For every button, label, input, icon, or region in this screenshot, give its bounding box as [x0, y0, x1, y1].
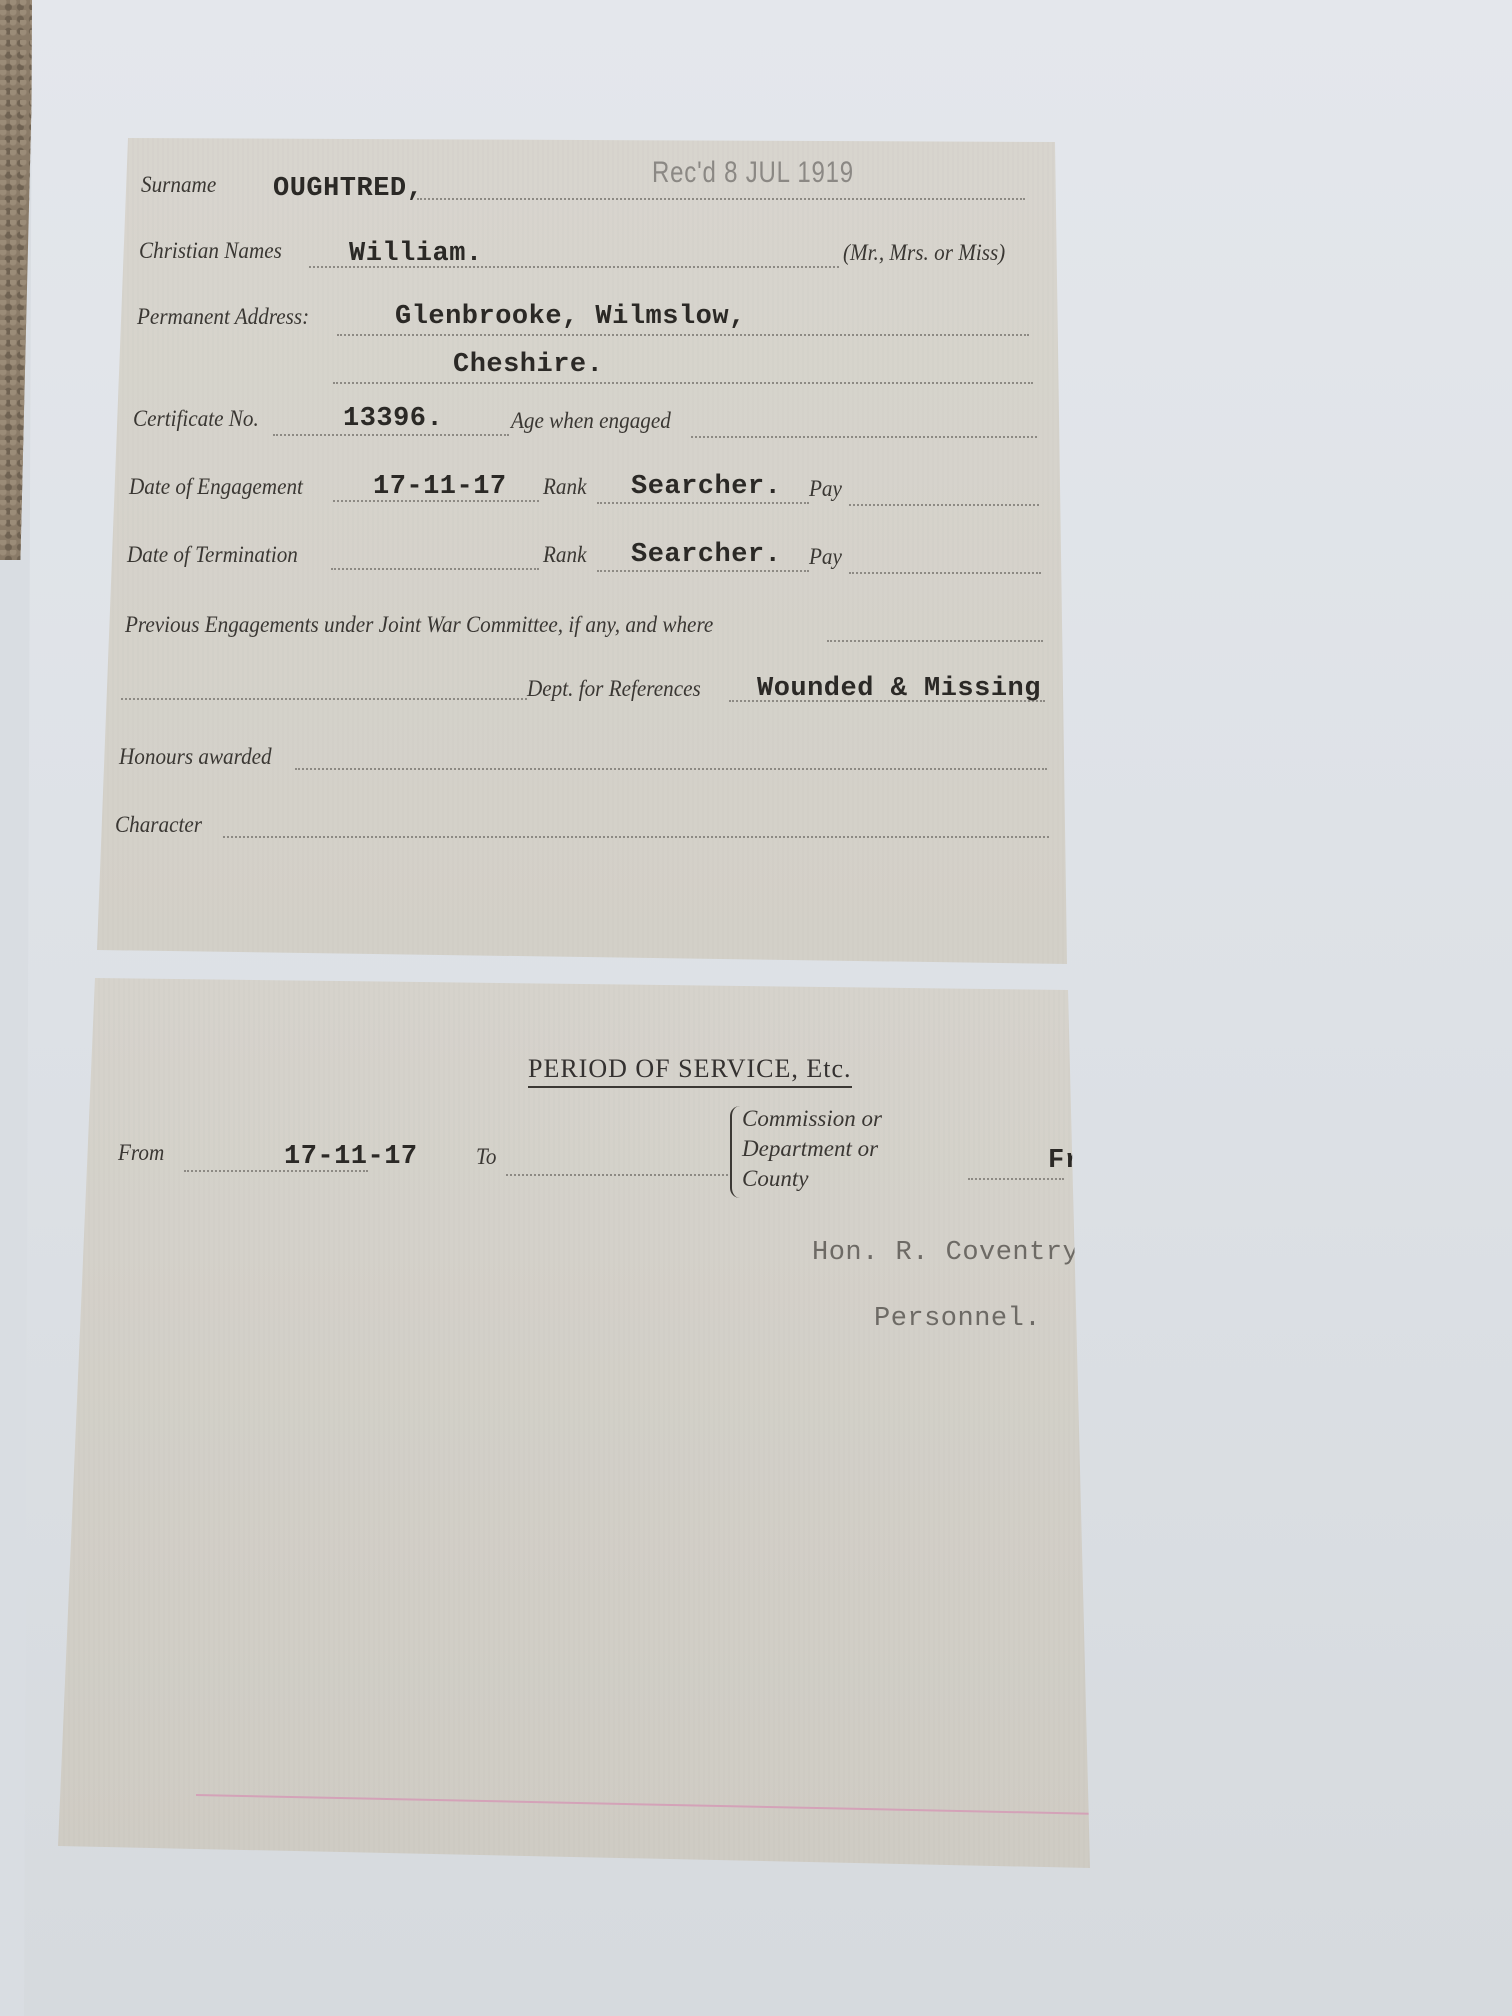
rank-rule — [597, 502, 809, 504]
christian-names-label: Christian Names — [139, 238, 282, 264]
termination-pay-label: Pay — [809, 544, 842, 570]
address-line2: Cheshire. — [453, 350, 603, 380]
from-rule — [184, 1170, 368, 1172]
to-rule — [506, 1174, 728, 1176]
address-line1: Glenbrooke, Wilmslow, — [395, 302, 746, 332]
certificate-no-rule — [273, 434, 509, 436]
previous-engagements-rule-2 — [121, 698, 527, 700]
termination-rank-rule — [597, 570, 809, 572]
previous-engagements-label: Previous Engagements under Joint War Com… — [125, 612, 713, 638]
certificate-no-value: 13396. — [343, 404, 443, 434]
termination-rank-value: Searcher. — [631, 540, 781, 570]
department-label: Department or — [742, 1134, 882, 1164]
officer-note: Hon. R. Coventry. — [812, 1238, 1096, 1268]
record-card-back: PERIOD OF SERVICE, Etc. From 17-11-17 To… — [58, 978, 1090, 1868]
surname-label: Surname — [141, 172, 216, 198]
carpet-background — [0, 0, 34, 560]
received-date-stamp: Rec'd 8 JUL 1919 — [652, 156, 854, 190]
termination-pay-rule — [849, 572, 1041, 574]
record-card-front: Rec'd 8 JUL 1919 Surname OUGHTRED, Chris… — [97, 138, 1067, 964]
pay-rule — [849, 504, 1039, 506]
commission-labels: Commission or Department or County — [742, 1104, 882, 1194]
termination-rank-label: Rank — [543, 542, 586, 568]
from-label: From — [118, 1140, 164, 1166]
rank-label: Rank — [543, 474, 586, 500]
date-of-termination-rule — [331, 568, 539, 570]
address-rule-1 — [337, 334, 1029, 336]
period-of-service-heading: PERIOD OF SERVICE, Etc. — [528, 1054, 852, 1088]
pay-label: Pay — [809, 476, 842, 502]
age-when-engaged-label: Age when engaged — [511, 408, 671, 434]
commission-label: Commission or — [742, 1104, 882, 1134]
certificate-no-label: Certificate No. — [133, 406, 259, 432]
date-of-engagement-value: 17-11-17 — [373, 472, 507, 502]
department-note: Personnel. — [874, 1304, 1041, 1334]
pink-ruled-line — [196, 1794, 1091, 1815]
surname-rule — [417, 198, 1025, 200]
dept-references-value: Wounded & Missing — [757, 674, 1041, 704]
to-label: To — [476, 1144, 496, 1170]
permanent-address-label: Permanent Address: — [137, 304, 309, 330]
previous-engagements-rule — [827, 640, 1043, 642]
surname-value: OUGHTRED, — [273, 174, 423, 204]
title-options-label: (Mr., Mrs. or Miss) — [843, 240, 1005, 266]
address-rule-2 — [333, 382, 1033, 384]
commission-brace — [730, 1106, 742, 1198]
dept-references-label: Dept. for References — [527, 676, 701, 702]
date-of-termination-label: Date of Termination — [127, 542, 298, 568]
honours-awarded-label: Honours awarded — [119, 744, 272, 770]
character-rule — [223, 836, 1049, 838]
from-value: 17-11-17 — [284, 1142, 418, 1172]
age-when-engaged-rule — [691, 436, 1037, 438]
commission-rule — [968, 1178, 1064, 1180]
date-of-engagement-label: Date of Engagement — [129, 474, 303, 500]
date-of-engagement-rule — [333, 500, 539, 502]
christian-names-value: William. — [349, 239, 483, 269]
christian-names-rule — [309, 266, 839, 268]
rank-value: Searcher. — [631, 472, 781, 502]
honours-awarded-rule — [295, 768, 1047, 770]
character-label: Character — [115, 812, 202, 838]
county-label: County — [742, 1164, 882, 1194]
